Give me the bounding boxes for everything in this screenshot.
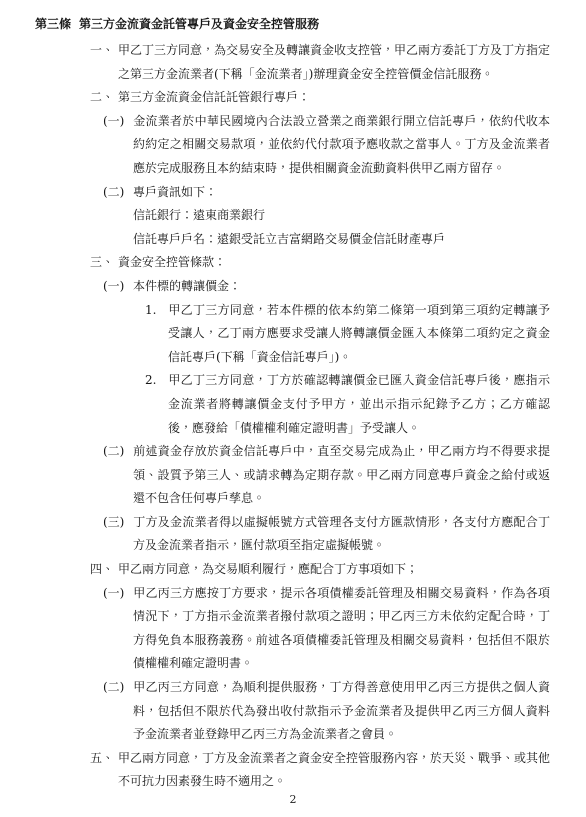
list-marker: 1. bbox=[145, 299, 168, 323]
para-4: 四、甲乙兩方同意，為交易順利履行，應配合丁方事項如下； bbox=[0, 558, 550, 582]
paragraph-text: 專戶資訊如下： bbox=[133, 185, 217, 199]
clause-title-text: 第三方金流資金託管專戶及資金安全控管服務 bbox=[79, 17, 319, 31]
para-2: 二、第三方金流資金信託託管銀行專戶： bbox=[0, 86, 550, 110]
paragraph-text: 甲乙丙三方同意，為順利提供服務，丁方得善意使用甲乙丙三方提供之個人資料，包括但不… bbox=[133, 680, 550, 741]
para-3-1-1: 1.甲乙丁三方同意，若本件標的依本約第二條第一項到第三項約定轉讓予受讓人，乙丁兩… bbox=[0, 299, 550, 370]
trust-account-name-line: 信託專戶戶名：遠銀受託立吉富網路交易價金信託財產專戶 bbox=[0, 228, 550, 252]
para-2-1: (一)金流業者於中華民國境內合法設立營業之商業銀行開立信託專戶，依約代收本約約定… bbox=[0, 110, 550, 181]
list-marker: (一) bbox=[103, 110, 133, 134]
paragraph-text: 本件標的轉讓價金： bbox=[133, 279, 241, 293]
list-marker: (二) bbox=[103, 676, 133, 700]
para-2-2: (二)專戶資訊如下： bbox=[0, 181, 550, 205]
paragraph-text: 甲乙兩方同意，丁方及金流業者之資金安全控管服務內容，於天災、戰爭、或其他不可抗力… bbox=[118, 751, 550, 789]
paragraph-text: 信託銀行：遠東商業銀行 bbox=[133, 208, 265, 222]
list-marker: 五、 bbox=[90, 747, 118, 771]
clause-title: 第三條第三方金流資金託管專戶及資金安全控管服務 bbox=[0, 12, 550, 36]
paragraph-text: 甲乙兩方同意，為交易順利履行，應配合丁方事項如下； bbox=[118, 562, 418, 576]
para-3-3: (三)丁方及金流業者得以虛擬帳號方式管理各支付方匯款情形，各支付方應配合丁方及金… bbox=[0, 511, 550, 558]
paragraph-text: 丁方及金流業者得以虛擬帳號方式管理各支付方匯款情形，各支付方應配合丁方及金流業者… bbox=[133, 515, 550, 553]
list-marker: (一) bbox=[103, 275, 133, 299]
list-marker: 二、 bbox=[90, 86, 118, 110]
paragraph-text: 第三方金流資金信託託管銀行專戶： bbox=[118, 90, 310, 104]
paragraph-text: 金流業者於中華民國境內合法設立營業之商業銀行開立信託專戶，依約代收本約約定之相關… bbox=[133, 114, 550, 175]
paragraph-text: 甲乙丁三方同意，為交易安全及轉讓資金收支控管，甲乙兩方委託丁方及丁方指定之第三方… bbox=[118, 43, 550, 81]
paragraph-text: 信託專戶戶名：遠銀受託立吉富網路交易價金信託財產專戶 bbox=[133, 232, 445, 246]
list-marker: 四、 bbox=[90, 558, 118, 582]
para-4-1: (一)甲乙丙三方應按丁方要求，提示各項債權委託管理及相關交易資料，作為各項情況下… bbox=[0, 582, 550, 676]
paragraph-text: 甲乙丁三方同意，丁方於確認轉讓價金已匯入資金信託專戶後，應指示金流業者將轉讓價金… bbox=[168, 373, 550, 434]
para-4-2: (二)甲乙丙三方同意，為順利提供服務，丁方得善意使用甲乙丙三方提供之個人資料，包… bbox=[0, 676, 550, 747]
list-marker: 2. bbox=[145, 369, 168, 393]
list-marker: 三、 bbox=[90, 251, 118, 275]
para-3: 三、資金安全控管條款： bbox=[0, 251, 550, 275]
list-marker: (一) bbox=[103, 582, 133, 606]
paragraph-text: 資金安全控管條款： bbox=[118, 255, 226, 269]
list-marker: (二) bbox=[103, 181, 133, 205]
clause-number: 第三條 bbox=[35, 12, 79, 36]
page-number: 2 bbox=[0, 793, 586, 806]
para-5: 五、甲乙兩方同意，丁方及金流業者之資金安全控管服務內容，於天災、戰爭、或其他不可… bbox=[0, 747, 550, 794]
para-3-1: (一)本件標的轉讓價金： bbox=[0, 275, 550, 299]
paragraph-text: 甲乙丙三方應按丁方要求，提示各項債權委託管理及相關交易資料，作為各項情況下，丁方… bbox=[133, 586, 550, 671]
trust-bank-line: 信託銀行：遠東商業銀行 bbox=[0, 204, 550, 228]
paragraph-text: 前述資金存放於資金信託專戶中，直至交易完成為止，甲乙兩方均不得要求提領、設質予第… bbox=[133, 444, 550, 505]
list-marker: (三) bbox=[103, 511, 133, 535]
para-3-2: (二)前述資金存放於資金信託專戶中，直至交易完成為止，甲乙兩方均不得要求提領、設… bbox=[0, 440, 550, 511]
document-page: 第三條第三方金流資金託管專戶及資金安全控管服務 一、甲乙丁三方同意，為交易安全及… bbox=[0, 0, 586, 817]
para-1: 一、甲乙丁三方同意，為交易安全及轉讓資金收支控管，甲乙兩方委託丁方及丁方指定之第… bbox=[0, 39, 550, 86]
paragraph-text: 甲乙丁三方同意，若本件標的依本約第二條第一項到第三項約定轉讓予受讓人，乙丁兩方應… bbox=[168, 303, 550, 364]
list-marker: (二) bbox=[103, 440, 133, 464]
list-marker: 一、 bbox=[90, 39, 118, 63]
para-3-1-2: 2.甲乙丁三方同意，丁方於確認轉讓價金已匯入資金信託專戶後，應指示金流業者將轉讓… bbox=[0, 369, 550, 440]
